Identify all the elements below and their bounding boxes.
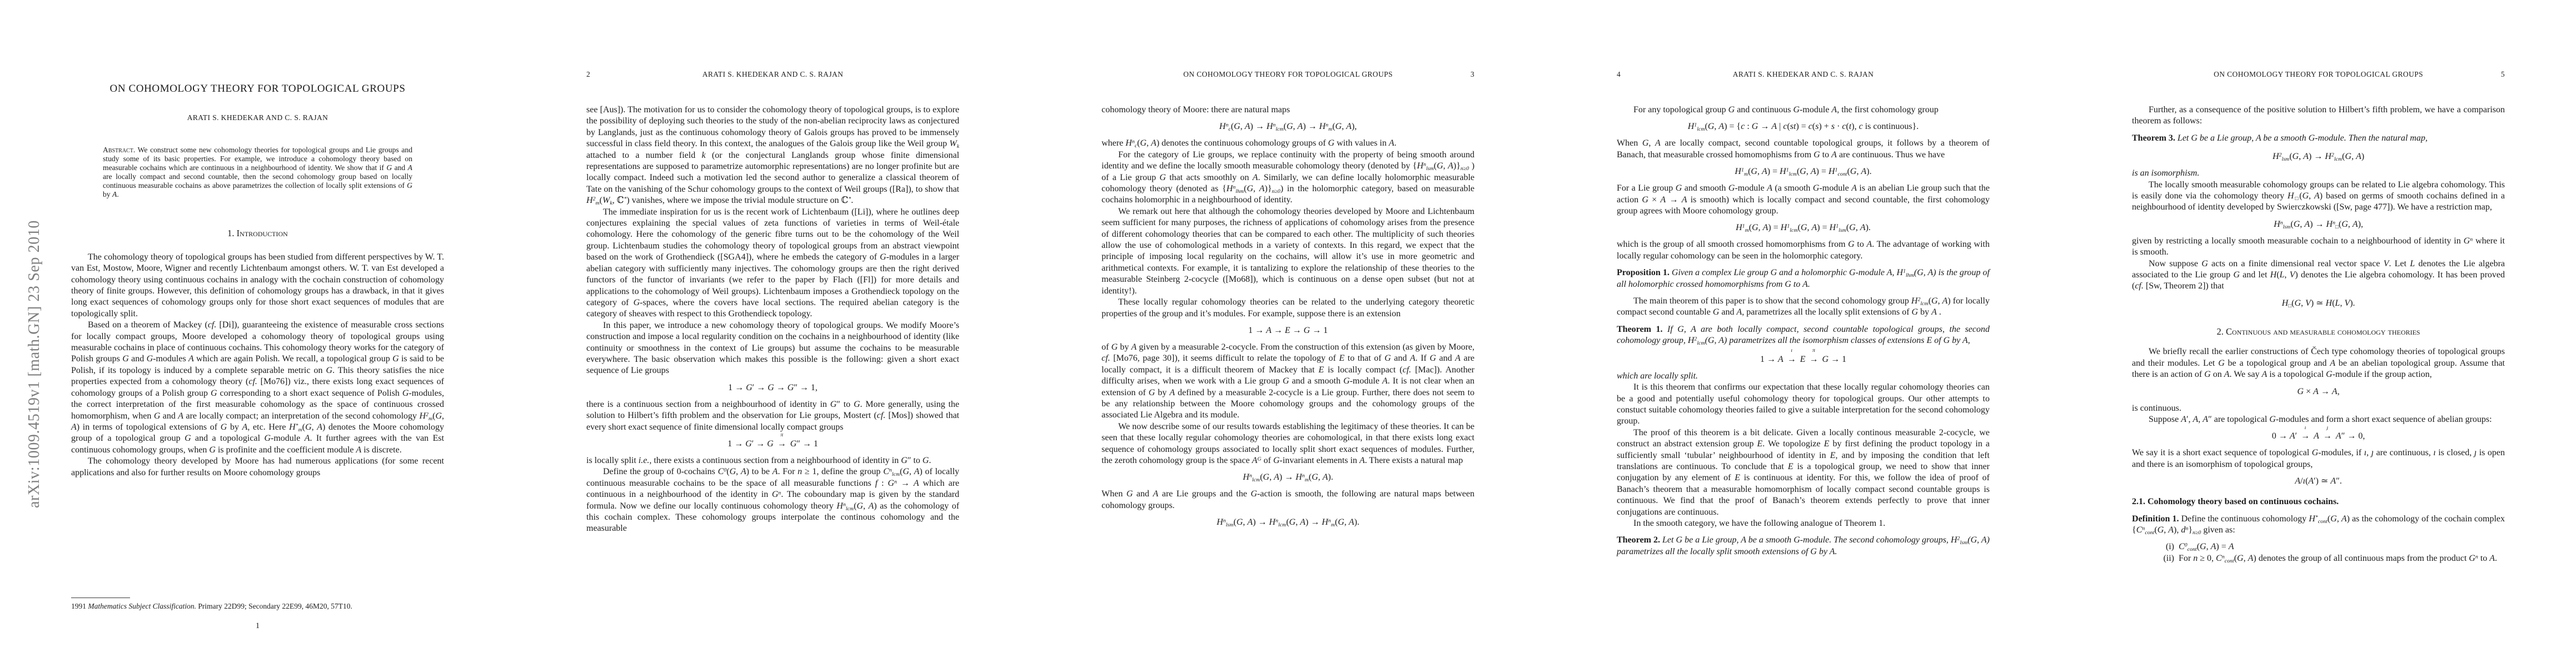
display-equation: A/ı(A′) ≃ A″. — [2132, 474, 2505, 489]
list-marker: (i) — [2149, 541, 2179, 552]
paragraph: The locally smooth measurable cohomology… — [2132, 180, 2505, 213]
list-item: (ii)For n ≥ 0, Cncont(G, A) denotes the … — [2149, 553, 2505, 564]
paragraph: see [Aus]). The motivation for us to con… — [586, 104, 959, 207]
theorem-body: Given a complex Lie group G and a holomo… — [1617, 268, 1990, 288]
paragraph: We now describe some of our results towa… — [1102, 421, 1474, 467]
paragraph: cohomology theory of Moore: there are na… — [1102, 104, 1474, 116]
display-equation: 0 → A′ ı→ A ȷ→ A″ → 0, — [2132, 429, 2505, 444]
paragraph: The proof of this theorem is a bit delic… — [1617, 427, 1990, 518]
arxiv-watermark: arXiv:1009.4519v1 [math.GN] 23 Sep 2010 — [26, 220, 43, 508]
display-equation: Hnc(G, A) → Hnlcm(G, A) → Hnm(G, A), — [1102, 120, 1474, 134]
display-equation: H1m(G, A) = H1lcm(G, A) = H1cont(G, A). — [1617, 165, 1990, 179]
paragraph: is continuous. — [2132, 403, 2505, 414]
page-1: ON COHOMOLOGY THEORY FOR TOPOLOGICAL GRO… — [0, 0, 515, 667]
paragraph: We remark out here that although the coh… — [1102, 206, 1474, 297]
paragraph: When G and A are Lie groups and the G-ac… — [1102, 489, 1474, 511]
paragraph: For a Lie group G and smooth G-module A … — [1617, 183, 1990, 217]
list-text: For n ≥ 0, Cncont(G, A) denotes the grou… — [2179, 553, 2505, 564]
paragraph: Now suppose G acts on a finite dimension… — [2132, 258, 2505, 292]
theorem-block: Definition 1. Define the continuous coho… — [2132, 514, 2505, 536]
page-4: 4ARATI S. KHEDEKAR AND C. S. RAJANFor an… — [1546, 0, 2061, 667]
paragraph: We say it is a short exact sequence of t… — [2132, 447, 2505, 470]
theorem-label: Theorem 2. — [1617, 535, 1660, 545]
paper-abstract: Abstract. We construct some new cohomolo… — [103, 146, 412, 199]
page-content: For any topological group G and continuo… — [1617, 104, 1990, 563]
paragraph: Further, as a consequence of the positiv… — [2132, 104, 2505, 127]
header-page-number-left: 4 — [1617, 70, 1642, 79]
page-content: ON COHOMOLOGY THEORY FOR TOPOLOGICAL GRO… — [71, 0, 444, 667]
paragraph: The immediate inspiration for us is the … — [586, 207, 959, 320]
footnote-rule — [71, 598, 130, 598]
header-running-title: ARATI S. KHEDEKAR AND C. S. RAJAN — [1642, 70, 1964, 79]
theorem-label: Theorem 1. — [1617, 325, 1662, 334]
display-equation: Hnlcm(G, A) → Hnm(G, A). — [1102, 470, 1474, 485]
header-running-title: ON COHOMOLOGY THEORY FOR TOPOLOGICAL GRO… — [1127, 70, 1449, 79]
paragraph: is locally split i.e., there exists a co… — [586, 455, 959, 466]
theorem-block: Theorem 2. Let G be a Lie group, A be a … — [1617, 535, 1990, 558]
theorem-body: Let G be a Lie group, A be a smooth G-mo… — [2175, 133, 2428, 143]
paragraph: In the smooth category, we have the foll… — [1617, 518, 1990, 529]
display-equation: Hnlsm(G, A) → Hnlcm(G, A) → Hnm(G, A). — [1102, 515, 1474, 530]
paper-title: ON COHOMOLOGY THEORY FOR TOPOLOGICAL GRO… — [71, 82, 444, 96]
paper-authors: ARATI S. KHEDEKAR AND C. S. RAJAN — [71, 112, 444, 123]
list-marker: (ii) — [2149, 553, 2179, 564]
page-number: 1 — [71, 620, 444, 631]
display-equation: G × A → A, — [2132, 385, 2505, 399]
theorem-label: Proposition 1. — [1617, 268, 1670, 277]
paragraph: The main theorem of this paper is to sho… — [1617, 296, 1990, 318]
display-equation: H□(G, V) ≃ H(L, V). — [2132, 296, 2505, 311]
theorem-body: Let G be a Lie group, A be a smooth G-mo… — [1617, 535, 1990, 556]
page-2: 2ARATI S. KHEDEKAR AND C. S. RAJANsee [A… — [515, 0, 1030, 667]
theorem-block: Proposition 1. Given a complex Lie group… — [1617, 267, 1990, 290]
paragraph: In this paper, we introduce a new cohomo… — [586, 320, 959, 377]
theorem-continuation: which are locally split. — [1617, 371, 1990, 382]
page-3: ON COHOMOLOGY THEORY FOR TOPOLOGICAL GRO… — [1030, 0, 1546, 667]
paragraph: Define the group of 0-cochains C0(G, A) … — [586, 466, 959, 534]
header-running-title: ON COHOMOLOGY THEORY FOR TOPOLOGICAL GRO… — [2158, 70, 2479, 79]
subsection-heading: 2.1. Cohomology theory based on continuo… — [2132, 496, 2505, 507]
paragraph: The cohomology theory developed by Moore… — [71, 456, 444, 479]
paragraph: Based on a theorem of Mackey (cf. [Di]),… — [71, 320, 444, 456]
list-item: (i)C0cont(G, A) = A — [2149, 541, 2505, 552]
running-header: ON COHOMOLOGY THEORY FOR TOPOLOGICAL GRO… — [1102, 70, 1474, 79]
theorem-block: Theorem 1. If G, A are both locally comp… — [1617, 324, 1990, 347]
display-equation: H1m(G, A) = H1lcm(G, A) = H1lsm(G, A). — [1617, 221, 1990, 235]
paragraph: of G by A given by a measurable 2-cocycl… — [1102, 342, 1474, 421]
running-header: ON COHOMOLOGY THEORY FOR TOPOLOGICAL GRO… — [2132, 70, 2505, 79]
section-heading: 1. Introduction — [71, 228, 444, 239]
paragraph: For any topological group G and continuo… — [1617, 104, 1990, 116]
paragraph: We briefly recall the earlier constructi… — [2132, 346, 2505, 380]
paragraph: Suppose A′, A, A″ are topological G-modu… — [2132, 414, 2505, 425]
list-text: C0cont(G, A) = A — [2179, 541, 2505, 552]
theorem-continuation: is an isomorphism. — [2132, 168, 2505, 179]
display-equation: Hnlsm(G, A) → Hn□(G, A), — [2132, 217, 2505, 232]
paragraph: It is this theorem that confirms our exp… — [1617, 382, 1990, 427]
display-equation: 1 → A ı→ E π→ G → 1 — [1617, 352, 1990, 367]
section-heading: 2. Continuous and measurable cohomology … — [2132, 326, 2505, 337]
paragraph: given by restricting a locally smooth me… — [2132, 236, 2505, 258]
theorem-label: Theorem 3. — [2132, 133, 2175, 143]
display-equation: 1 → G′ → G π→ G″ → 1 — [586, 437, 959, 451]
page-content: cohomology theory of Moore: there are na… — [1102, 104, 1474, 534]
header-page-number-right: 5 — [2479, 70, 2505, 79]
theorem-body: Define the continuous cohomology H*cont(… — [2132, 514, 2505, 535]
display-equation: 1 → A → E → G → 1 — [1102, 323, 1474, 338]
theorem-block: Theorem 3. Let G be a Lie group, A be a … — [2132, 133, 2505, 144]
running-header: 4ARATI S. KHEDEKAR AND C. S. RAJAN — [1617, 70, 1990, 79]
paragraph: For the category of Lie groups, we repla… — [1102, 150, 1474, 206]
paragraph: there is a continuous section from a nei… — [586, 399, 959, 433]
page-content: see [Aus]). The motivation for us to con… — [586, 104, 959, 535]
theorem-label: Definition 1. — [2132, 514, 2179, 524]
paragraph: When G, A are locally compact, second co… — [1617, 138, 1990, 161]
display-equation: H1lcm(G, A) = {c : G → A | c(st) = c(s) … — [1617, 120, 1990, 134]
footnote: 1991 Mathematics Subject Classification.… — [71, 598, 444, 611]
paragraph: where Hnc(G, A) denotes the continuous c… — [1102, 138, 1474, 149]
paragraph: which is the group of all smooth crossed… — [1617, 239, 1990, 262]
footnote-text: 1991 Mathematics Subject Classification.… — [71, 602, 444, 611]
paragraph: These locally regular cohomology theorie… — [1102, 297, 1474, 320]
definition-list: (i)C0cont(G, A) = A(ii)For n ≥ 0, Cncont… — [2149, 541, 2505, 564]
header-page-number-left: 2 — [586, 70, 612, 79]
paragraph: The cohomology theory of topological gro… — [71, 252, 444, 320]
theorem-body: If G, A are both locally compact, second… — [1617, 325, 1990, 345]
display-equation: H2lsm(G, A) → H2lcm(G, A) — [2132, 150, 2505, 164]
header-page-number-right: 3 — [1449, 70, 1474, 79]
header-running-title: ARATI S. KHEDEKAR AND C. S. RAJAN — [612, 70, 934, 79]
running-header: 2ARATI S. KHEDEKAR AND C. S. RAJAN — [586, 70, 959, 79]
display-equation: 1 → G′ → G → G″ → 1, — [586, 381, 959, 395]
page-content: Further, as a consequence of the positiv… — [2132, 104, 2505, 564]
page-5: ON COHOMOLOGY THEORY FOR TOPOLOGICAL GRO… — [2061, 0, 2576, 667]
